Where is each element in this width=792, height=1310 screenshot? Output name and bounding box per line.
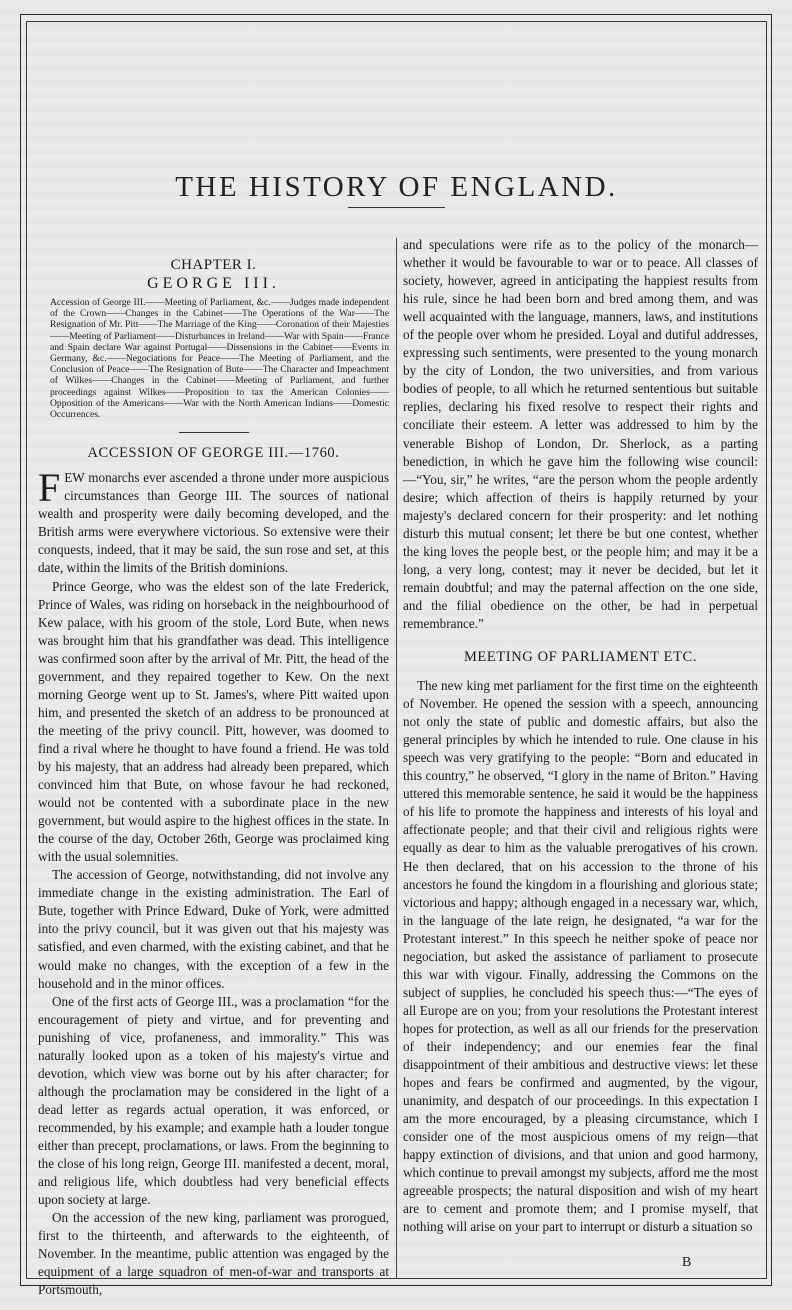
- paragraph-continued: and speculations were rife as to the pol…: [403, 236, 758, 633]
- title-rule: [348, 207, 445, 208]
- signature-mark: B: [682, 1255, 691, 1271]
- right-column: and speculations were rife as to the pol…: [403, 236, 758, 1236]
- paragraph-text: EW monarchs ever ascended a throne under…: [38, 470, 389, 575]
- chapter-synopsis: Accession of George III.——Meeting of Par…: [38, 297, 389, 420]
- drop-cap: F: [38, 472, 60, 504]
- paragraph-opening: FEW monarchs ever ascended a throne unde…: [38, 469, 389, 577]
- ruler-heading: GEORGE III.: [38, 274, 389, 294]
- section-heading-meeting: MEETING OF PARLIAMENT ETC.: [403, 647, 758, 667]
- paragraph: The accession of George, notwithstanding…: [38, 866, 389, 992]
- paragraph: The new king met parliament for the firs…: [403, 677, 758, 1236]
- paragraph: On the accession of the new king, parlia…: [38, 1209, 389, 1299]
- column-divider: [396, 238, 397, 1278]
- section-heading-accession: ACCESSION OF GEORGE III.—1760.: [38, 443, 389, 463]
- paragraph: Prince George, who was the eldest son of…: [38, 578, 389, 867]
- section-rule: [179, 432, 249, 433]
- left-column: CHAPTER I. GEORGE III. Accession of Geor…: [38, 238, 389, 1299]
- chapter-label: CHAPTER I.: [38, 256, 389, 274]
- page-title: THE HISTORY OF ENGLAND.: [26, 171, 767, 204]
- paragraph: One of the first acts of George III., wa…: [38, 993, 389, 1210]
